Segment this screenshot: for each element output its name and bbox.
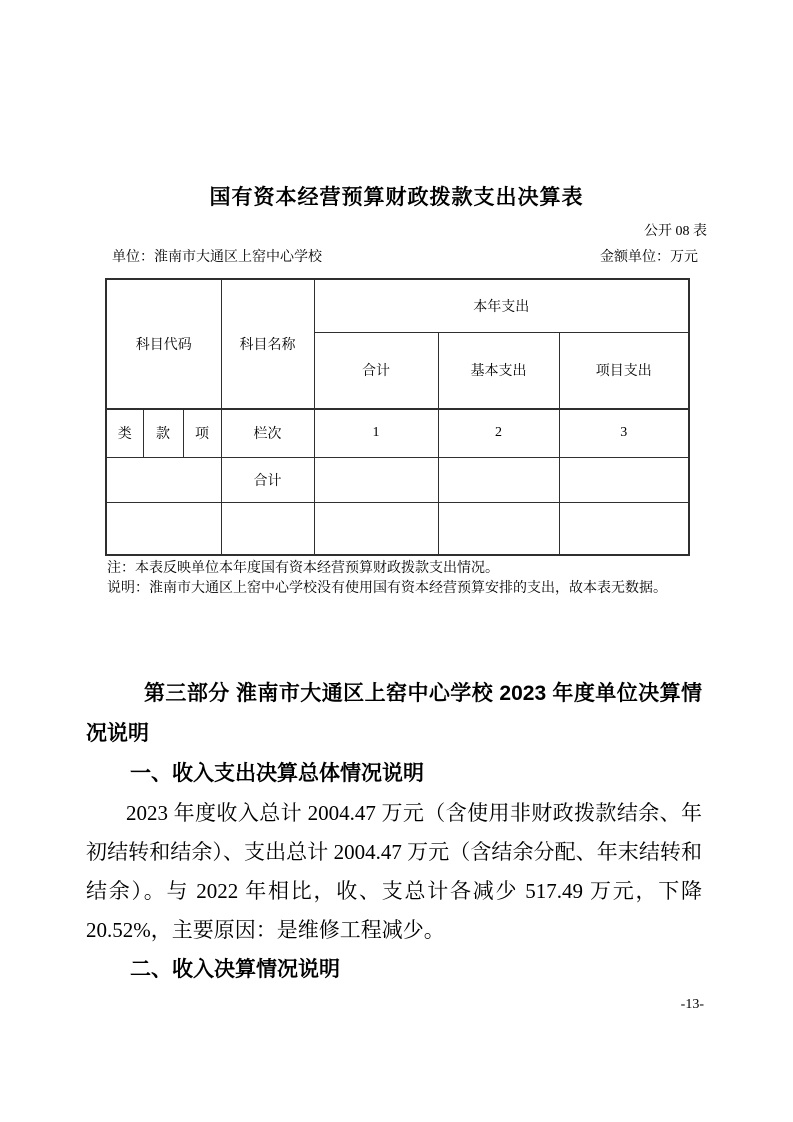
- header-current-year-expenditure: 本年支出: [314, 279, 689, 332]
- table-notes: 注：本表反映单位本年度国有资本经营预算财政拨款支出情况。 说明：淮南市大通区上窑…: [107, 559, 713, 599]
- subsection-one-heading: 一、收入支出决算总体情况说明: [86, 754, 702, 794]
- overview-paragraph: 2023 年度收入总计 2004.47 万元（含使用非财政拨款结余、年初结转和结…: [86, 794, 702, 950]
- expenditure-table: 科目代码 科目名称 本年支出 合计 基本支出 项目支出 类 款 项 栏次 1 2…: [105, 278, 690, 556]
- unit-label: 单位：淮南市大通区上窑中心学校: [112, 249, 322, 267]
- amount-unit-label: 金额单位：万元: [600, 249, 698, 267]
- cell-total: [314, 457, 438, 502]
- cell-name-total: 合计: [221, 457, 314, 502]
- cell-project: [559, 457, 689, 502]
- cell-basic: [438, 502, 559, 555]
- cell-total: [314, 502, 438, 555]
- form-number-label: 公开 08 表: [86, 223, 707, 241]
- subheader-clause: 款: [143, 409, 183, 457]
- subheader-class: 类: [106, 409, 143, 457]
- subheader-column-label: 栏次: [221, 409, 314, 457]
- table-explanation: 说明：淮南市大通区上窑中心学校没有使用国有资本经营预算安排的支出，故本表无数据。: [107, 579, 713, 599]
- header-basic-expenditure: 基本支出: [438, 332, 559, 409]
- subsection-two-heading: 二、收入决算情况说明: [86, 950, 702, 990]
- table-row: [106, 502, 689, 555]
- section-three: 第三部分 淮南市大通区上窑中心学校 2023 年度单位决算情况说明 一、收入支出…: [86, 674, 702, 990]
- cell-name: [221, 502, 314, 555]
- column-number-2: 2: [438, 409, 559, 457]
- subheader-item: 项: [183, 409, 221, 457]
- cell-basic: [438, 457, 559, 502]
- document-page: 国有资本经营预算财政拨款支出决算表 公开 08 表 单位：淮南市大通区上窑中心学…: [0, 0, 793, 1122]
- cell-code: [106, 502, 221, 555]
- section-three-heading: 第三部分 淮南市大通区上窑中心学校 2023 年度单位决算情况说明: [86, 674, 702, 754]
- cell-code: [106, 457, 221, 502]
- page-number: -13-: [681, 995, 704, 1015]
- table-row: 合计: [106, 457, 689, 502]
- header-subject-name: 科目名称: [221, 279, 314, 409]
- table-row: 科目代码 科目名称 本年支出: [106, 279, 689, 332]
- cell-project: [559, 502, 689, 555]
- table-row: 类 款 项 栏次 1 2 3: [106, 409, 689, 457]
- column-number-3: 3: [559, 409, 689, 457]
- column-number-1: 1: [314, 409, 438, 457]
- header-subject-code: 科目代码: [106, 279, 221, 409]
- table-meta-row: 单位：淮南市大通区上窑中心学校 金额单位：万元: [112, 249, 698, 267]
- header-project-expenditure: 项目支出: [559, 332, 689, 409]
- header-total: 合计: [314, 332, 438, 409]
- table-note: 注：本表反映单位本年度国有资本经营预算财政拨款支出情况。: [107, 559, 713, 579]
- page-title: 国有资本经营预算财政拨款支出决算表: [0, 186, 793, 210]
